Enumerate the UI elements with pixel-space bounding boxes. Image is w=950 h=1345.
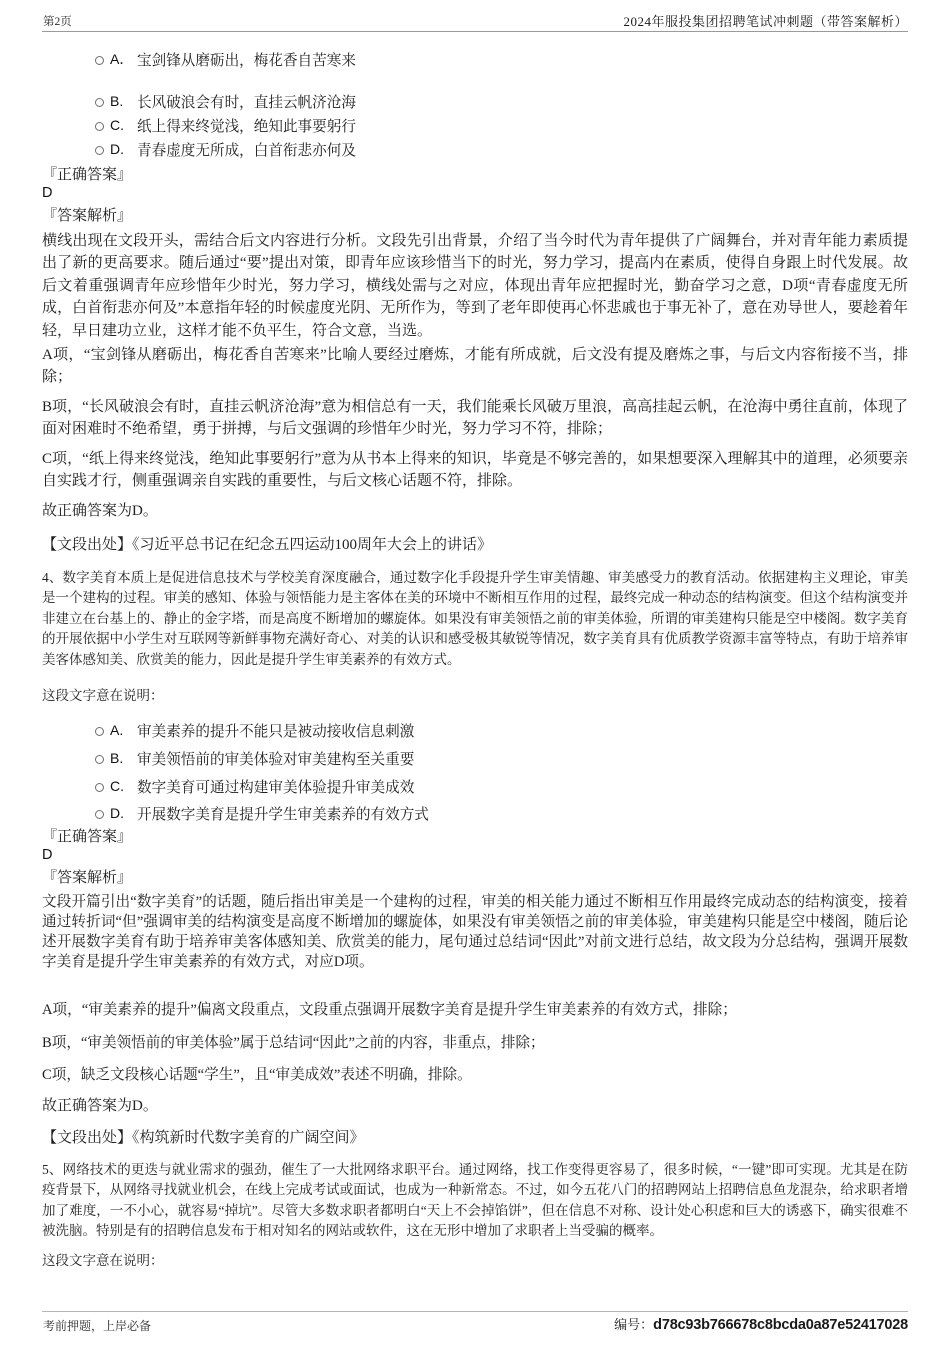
analysis-paragraph-a: A项，“宝剑锋从磨砺出，梅花香自苦寒来”比喻人要经过磨炼，才能有所成就，后文没有…	[42, 344, 908, 392]
analysis-label: 『答案解析』	[42, 204, 908, 225]
source-reference: 【文段出处】《构筑新时代数字美育的广阔空间》	[42, 1127, 908, 1149]
option-text: 数字美育可通过构建审美体验提升审美成效	[137, 776, 414, 797]
option-letter: B.	[110, 750, 137, 766]
question-4-prompt: 这段文字意在说明：	[42, 686, 908, 706]
question-5-prompt: 这段文字意在说明：	[42, 1251, 908, 1271]
analysis-label: 『答案解析』	[42, 866, 908, 887]
option-letter: C.	[110, 778, 137, 794]
correct-answer-value: D	[42, 847, 908, 863]
option-q4-a[interactable]: A. 审美素养的提升不能只是被动接收信息刺激	[95, 719, 414, 741]
radio-icon[interactable]	[95, 783, 104, 792]
option-letter: A．	[110, 49, 137, 69]
option-q3-c[interactable]: C. 纸上得来终觉浅，绝知此事要躬行	[95, 114, 356, 136]
radio-icon[interactable]	[95, 98, 104, 107]
option-q3-b[interactable]: B. 长风破浪会有时，直挂云帆济沧海	[95, 90, 356, 112]
analysis-paragraph-c: C项，缺乏文段核心话题“学生”，且“审美成效”表述不明确，排除。	[42, 1065, 908, 1085]
option-letter: D.	[110, 805, 137, 821]
source-reference: 【文段出处】《习近平总书记在纪念五四运动100周年大会上的讲话》	[42, 534, 908, 556]
conclusion: 故正确答案为D。	[42, 500, 908, 522]
page-number: 第2页	[43, 13, 72, 29]
option-text: 审美领悟前的审美体验对审美建构至关重要	[137, 748, 414, 769]
header-divider	[42, 31, 908, 32]
analysis-paragraph-b: B项，“审美领悟前的审美体验”属于总结词“因此”之前的内容，非重点，排除；	[42, 1033, 908, 1053]
analysis-paragraph-c: C项，“纸上得来终觉浅，绝知此事要躬行”意为从书本上得来的知识，毕竟是不够完善的…	[42, 448, 908, 496]
analysis-paragraph: 横线出现在文段开头，需结合后文内容进行分析。文段先引出背景，介绍了当今时代为青年…	[42, 230, 908, 344]
doc-title: 2024年服投集团招聘笔试冲刺题（带答案解析）	[623, 11, 908, 30]
option-text: 宝剑锋从磨砺出，梅花香自苦寒来	[137, 49, 356, 70]
option-text: 青春虚度无所成，白首衔悲亦何及	[137, 139, 356, 160]
option-q4-d[interactable]: D. 开展数字美育是提升学生审美素养的有效方式	[95, 802, 429, 824]
analysis-paragraph: 文段开篇引出“数字美育”的话题，随后指出审美是一个建构的过程，审美的相关能力通过…	[42, 892, 908, 994]
correct-answer-label: 『正确答案』	[42, 163, 908, 184]
question-4-stem: 4、数字美育本质上是促进信息技术与学校美育深度融合，通过数字化手段提升学生审美情…	[42, 568, 908, 692]
option-q4-c[interactable]: C. 数字美育可通过构建审美体验提升审美成效	[95, 775, 414, 797]
serial-code: d78c93b766678c8bcda0a87e52417028	[653, 1317, 908, 1333]
option-letter: A.	[110, 722, 137, 738]
option-letter: D.	[110, 141, 137, 157]
radio-icon[interactable]	[95, 810, 104, 819]
option-q3-d[interactable]: D. 青春虚度无所成，白首衔悲亦何及	[95, 138, 356, 160]
option-q3-a[interactable]: A． 宝剑锋从磨砺出，梅花香自苦寒来	[95, 48, 356, 70]
conclusion: 故正确答案为D。	[42, 1095, 908, 1117]
radio-icon[interactable]	[95, 56, 104, 65]
radio-icon[interactable]	[95, 755, 104, 764]
option-letter: B.	[110, 93, 137, 109]
analysis-paragraph-a: A项，“审美素养的提升”偏离文段重点，文段重点强调开展数字美育是提升学生审美素养…	[42, 1000, 908, 1020]
option-text: 审美素养的提升不能只是被动接收信息刺激	[137, 720, 414, 741]
option-letter: C.	[110, 117, 137, 133]
correct-answer-label: 『正确答案』	[42, 825, 908, 846]
footer-slogan: 考前押题，上岸必备	[43, 1317, 151, 1334]
question-5-stem: 5、网络技术的更迭与就业需求的强劲，催生了一大批网络求职平台。通过网络，找工作变…	[42, 1160, 908, 1264]
radio-icon[interactable]	[95, 727, 104, 736]
radio-icon[interactable]	[95, 146, 104, 155]
correct-answer-value: D	[42, 185, 908, 201]
option-q4-b[interactable]: B. 审美领悟前的审美体验对审美建构至关重要	[95, 747, 414, 769]
option-text: 开展数字美育是提升学生审美素养的有效方式	[137, 803, 429, 824]
footer-serial: 编号：d78c93b766678c8bcda0a87e52417028	[614, 1314, 908, 1333]
radio-icon[interactable]	[95, 122, 104, 131]
serial-label: 编号：	[614, 1317, 653, 1332]
footer-divider	[42, 1311, 908, 1312]
option-text: 纸上得来终觉浅，绝知此事要躬行	[137, 115, 356, 136]
analysis-paragraph-b: B项，“长风破浪会有时，直挂云帆济沧海”意为相信总有一天，我们能乘长风破万里浪，…	[42, 396, 908, 444]
document-page: 第2页 2024年服投集团招聘笔试冲刺题（带答案解析） A． 宝剑锋从磨砺出，梅…	[0, 0, 950, 1345]
option-text: 长风破浪会有时，直挂云帆济沧海	[137, 91, 356, 112]
